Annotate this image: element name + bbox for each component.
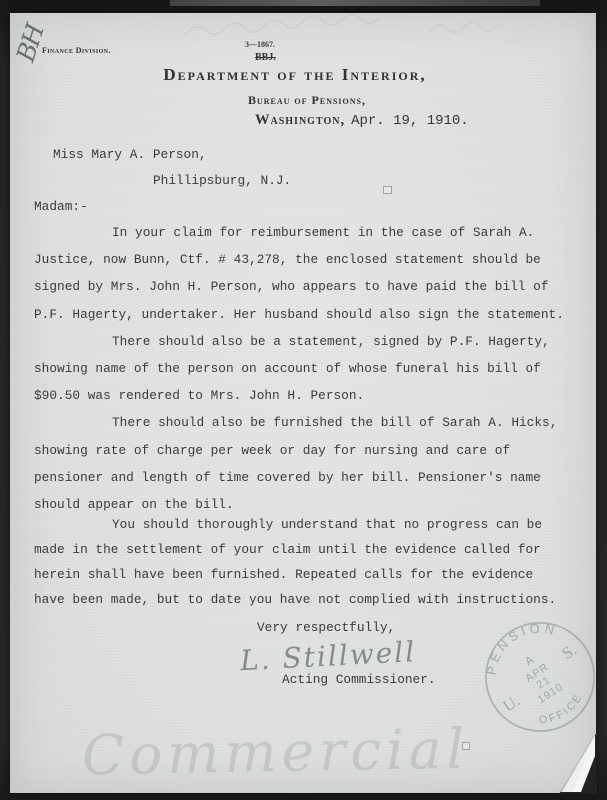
paragraph-1: In your claim for reimbursement in the c…	[34, 219, 571, 328]
department-heading: Department of the Interior,	[2, 65, 588, 85]
paragraph-3: There should also be furnished the bill …	[34, 409, 571, 518]
paper-watermark: Commercial	[81, 715, 587, 788]
stamp-u-text: U.	[499, 691, 523, 716]
ghost-writing-artifact	[180, 13, 520, 47]
letter-body: In your claim for reimbursement in the c…	[34, 219, 571, 687]
backdrop-edge-artifact	[170, 0, 540, 6]
handwritten-initials: BH	[11, 22, 50, 65]
paragraph-2: There should also be a statement, signed…	[34, 328, 571, 410]
place-label: Washington,	[255, 112, 345, 128]
stamp-s-text: S.	[558, 640, 580, 663]
paper-artifact	[383, 186, 392, 194]
letter-paper: BH Finance Division. 3—1867. BBJ. Depart…	[10, 13, 596, 793]
place-date-line: Washington,Apr. 19, 1910.	[255, 111, 469, 129]
paragraph-4: You should thoroughly understand that no…	[34, 513, 571, 612]
finance-division-label: Finance Division.	[42, 46, 111, 55]
stamp-letter-a: A	[522, 652, 536, 668]
paper-artifact	[462, 742, 470, 750]
recipient-address: Phillipsburg, N.J.	[153, 173, 291, 188]
corner-fold	[551, 730, 597, 794]
struck-initials: BBJ.	[250, 52, 281, 63]
photo-backdrop: BH Finance Division. 3—1867. BBJ. Depart…	[0, 0, 607, 800]
bureau-heading: Bureau of Pensions,	[14, 93, 600, 108]
salutation: Madam:-	[34, 199, 88, 214]
form-number: 3—1867.	[245, 40, 275, 49]
recipient-name: Miss Mary A. Person,	[53, 147, 207, 162]
date-value: Apr. 19, 1910.	[351, 113, 469, 129]
